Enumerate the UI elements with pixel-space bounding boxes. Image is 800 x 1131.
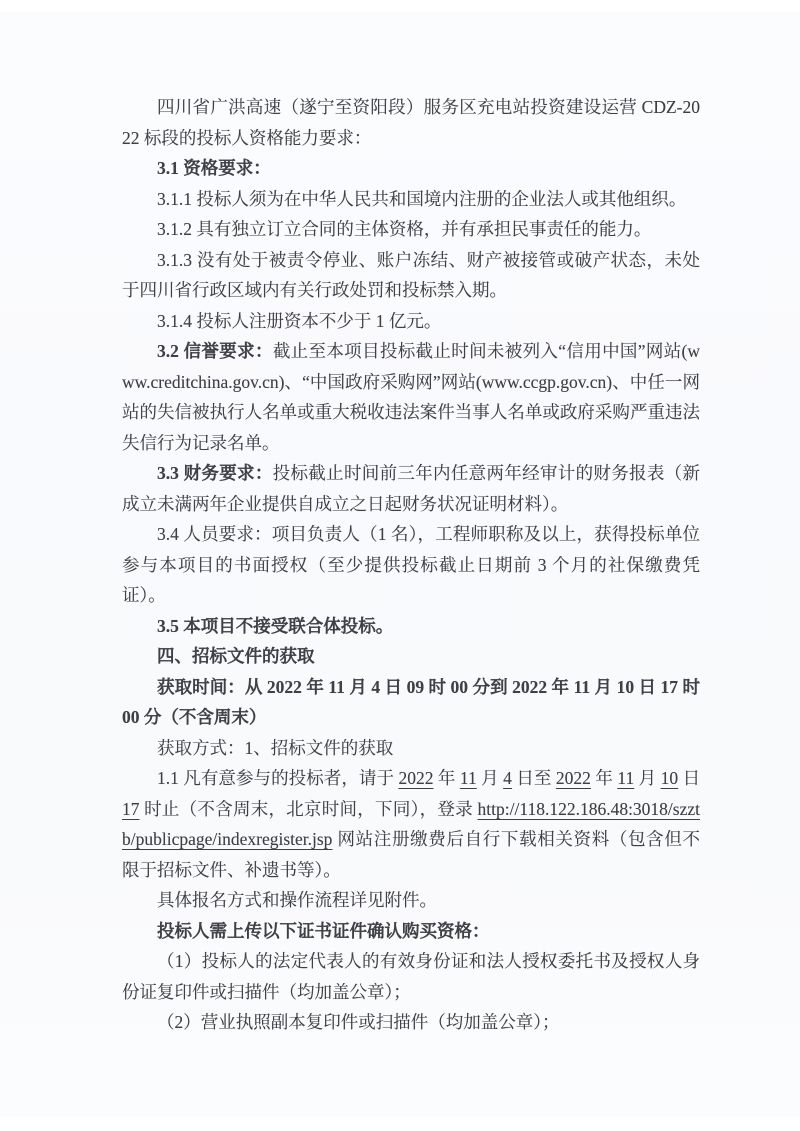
text-segment: 3.5 本项目不接受联合体投标。 [157, 616, 393, 636]
item-3-3-finance: 3.3 财务要求：投标截止时间前三年内任意两年经审计的财务报表（新成立未满两年企… [122, 458, 700, 519]
section-3-1-heading: 3.1 资格要求： [122, 153, 700, 184]
document-body: 四川省广洪高速（遂宁至资阳段）服务区充电站投资建设运营 CDZ-2022 标段的… [122, 92, 700, 1038]
item-3-1-3: 3.1.3 没有处于被责令停业、账户冻结、财产被接管或破产状态，未处于四川省行政… [122, 245, 700, 306]
text-segment: 年 [591, 768, 617, 788]
item-3-5-consortium: 3.5 本项目不接受联合体投标。 [122, 611, 700, 642]
text-segment: 四、招标文件的获取 [157, 646, 315, 666]
text-segment: 17 [122, 799, 140, 819]
text-segment: 月 [477, 768, 503, 788]
text-segment: 3.1 资格要求： [157, 158, 271, 178]
attachment-note: 具体报名方式和操作流程详见附件。 [122, 885, 700, 916]
text-segment: 月 [634, 768, 660, 788]
text-segment: 3.1.4 投标人注册资本不少于 1 亿元。 [157, 311, 441, 331]
text-segment: 时止（不含周末，北京时间，下同），登录 [140, 799, 478, 819]
cert-item-2: （2）营业执照副本复印件或扫描件（均加盖公章）； [122, 1007, 700, 1038]
text-segment: 3.1.2 具有独立订立合同的主体资格，并有承担民事责任的能力。 [157, 219, 651, 239]
text-segment: 日 [678, 768, 700, 788]
text-segment: （1）投标人的法定代表人的有效身份证和法人授权委托书及授权人身份证复印件或扫描件… [122, 951, 700, 1002]
text-segment: 2022 [556, 768, 591, 788]
text-segment: 日至 [512, 768, 556, 788]
section-4-heading: 四、招标文件的获取 [122, 641, 700, 672]
cert-item-1: （1）投标人的法定代表人的有效身份证和法人授权委托书及授权人身份证复印件或扫描件… [122, 946, 700, 1007]
requirements-intro: 四川省广洪高速（遂宁至资阳段）服务区充电站投资建设运营 CDZ-2022 标段的… [122, 92, 700, 153]
text-segment: 1.1 凡有意参与的投标者，请于 [157, 768, 398, 788]
upload-requirements-heading: 投标人需上传以下证书证件确认购买资格： [122, 916, 700, 947]
text-segment: 获取时间：从 2022 年 11 月 4 日 09 时 00 分到 2022 年… [122, 677, 700, 728]
text-segment: 具体报名方式和操作流程详见附件。 [157, 890, 437, 910]
item-3-1-1: 3.1.1 投标人须为在中华人民共和国境内注册的企业法人或其他组织。 [122, 184, 700, 215]
item-1-1-registration: 1.1 凡有意参与的投标者，请于 2022 年 11 月 4 日至 2022 年… [122, 763, 700, 885]
acquisition-time: 获取时间：从 2022 年 11 月 4 日 09 时 00 分到 2022 年… [122, 672, 700, 733]
text-segment: 年 [433, 768, 459, 788]
item-3-1-2: 3.1.2 具有独立订立合同的主体资格，并有承担民事责任的能力。 [122, 214, 700, 245]
text-segment: 3.1.1 投标人须为在中华人民共和国境内注册的企业法人或其他组织。 [157, 189, 686, 209]
text-segment: 投标人需上传以下证书证件确认购买资格： [157, 921, 490, 941]
text-segment: 11 [460, 768, 477, 788]
text-segment: （2）营业执照副本复印件或扫描件（均加盖公章）； [157, 1012, 560, 1032]
text-segment: 11 [617, 768, 634, 788]
text-segment: 3.3 财务要求： [157, 463, 273, 483]
text-segment: 4 [503, 768, 512, 788]
text-segment: 10 [661, 768, 679, 788]
text-segment: 2022 [398, 768, 433, 788]
item-3-2-credit: 3.2 信誉要求：截止至本项目投标截止时间未被列入“信用中国”网站(www.cr… [122, 336, 700, 458]
item-3-1-4: 3.1.4 投标人注册资本不少于 1 亿元。 [122, 306, 700, 337]
text-segment: 获取方式：1、招标文件的获取 [157, 738, 393, 758]
document-page: 四川省广洪高速（遂宁至资阳段）服务区充电站投资建设运营 CDZ-2022 标段的… [0, 0, 800, 1131]
text-segment: 3.2 信誉要求： [157, 341, 273, 361]
text-segment: 四川省广洪高速（遂宁至资阳段）服务区充电站投资建设运营 CDZ-2022 标段的… [122, 97, 700, 148]
item-3-4-personnel: 3.4 人员要求：项目负责人（1 名），工程师职称及以上，获得投标单位参与本项目… [122, 519, 700, 611]
text-segment: 3.4 人员要求：项目负责人（1 名），工程师职称及以上，获得投标单位参与本项目… [122, 524, 700, 605]
acquisition-method: 获取方式：1、招标文件的获取 [122, 733, 700, 764]
text-segment: 3.1.3 没有处于被责令停业、账户冻结、财产被接管或破产状态，未处于四川省行政… [122, 250, 700, 301]
